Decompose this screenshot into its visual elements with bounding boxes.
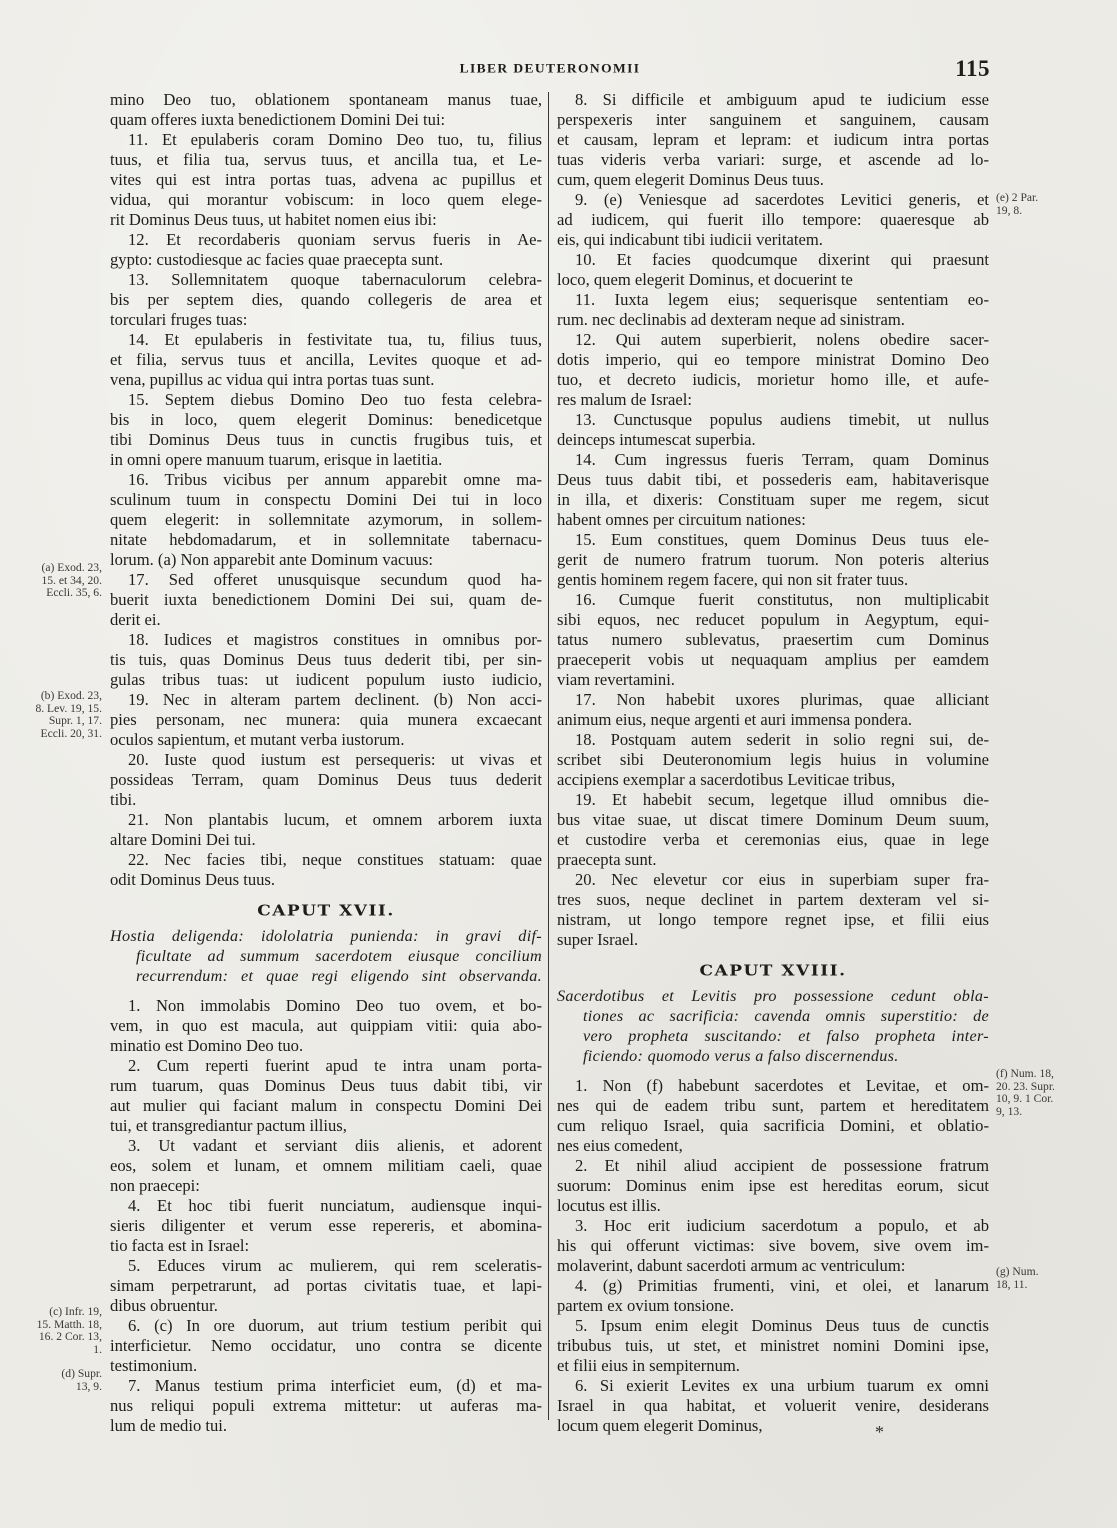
margin-note-line: (a) Exod. 23, — [14, 562, 102, 575]
text-line: bus vitae suae, ut discat timere Dominum… — [557, 810, 989, 830]
text-line: 10. Et facies quodcumque dixerint qui pr… — [557, 250, 989, 270]
text-line: 15. Eum constitues, quem Dominus Deus tu… — [557, 530, 989, 550]
margin-note-c: (c) Infr. 19,15. Matth. 18,16. 2 Cor. 13… — [14, 1306, 102, 1356]
text-line: tuas videris verba variari: surge, et as… — [557, 150, 989, 170]
text-line: praeceperit vobis ut nequaquam amplius p… — [557, 650, 989, 670]
text-line: gulas tribus tuas: ut iudicent populum i… — [110, 670, 542, 690]
signature-mark: * — [875, 1422, 884, 1443]
text-line: simam perpetrarunt, ad portas civitatis … — [110, 1276, 542, 1296]
text-line: 3. Hoc erit iudicium sacerdotum a populo… — [557, 1216, 989, 1236]
text-line: 12. Et recordaberis quoniam servus fueri… — [110, 230, 542, 250]
text-line: et causam, lepram et lepram: et iudicum … — [557, 130, 989, 150]
text-line: 15. Septem diebus Domino Deo tuo festa c… — [110, 390, 542, 410]
text-line: habent omnes per circuitum nationes: — [557, 510, 989, 530]
text-line: altare Domini Dei tui. — [110, 830, 542, 850]
text-line: 20. Iuste quod iustum est persequeris: u… — [110, 750, 542, 770]
text-line: vites qui est intra portas tuas, advena … — [110, 170, 542, 190]
text-line: torculari fruges tuas: — [110, 310, 542, 330]
margin-note-line: (f) Num. 18, — [996, 1068, 1086, 1081]
text-line: nes eius comedent, — [557, 1136, 989, 1156]
text-line: bis in loco, quem elegerit Dominus: bene… — [110, 410, 542, 430]
text-line: minatio est Domino Deo tuo. — [110, 1036, 542, 1056]
column-divider — [548, 92, 549, 1420]
text-line: locum quem elegerit Dominus, — [557, 1416, 989, 1436]
text-line: partem ex ovium tonsione. — [557, 1296, 989, 1316]
text-line: lum de medio tui. — [110, 1416, 542, 1436]
text-line: res malum de Israel: — [557, 390, 989, 410]
right-verses-b: 1. Non (f) habebunt sacerdotes et Levita… — [557, 1076, 989, 1436]
text-line: vidua, qui morantur vobiscum: in loco qu… — [110, 190, 542, 210]
text-line: 5. Ipsum enim elegit Dominus Deus tuus d… — [557, 1316, 989, 1336]
text-line: eos, solem et lunam, et omnem militiam c… — [110, 1156, 542, 1176]
margin-note-f: (f) Num. 18,20. 23. Supr.10, 9. 1 Cor.9,… — [996, 1068, 1086, 1118]
text-line: tuo, et decreto iudicis, morietur homo i… — [557, 370, 989, 390]
text-line: scribet sibi Deuteronomium legis huius i… — [557, 750, 989, 770]
text-line: in omni opere manuum tuarum, erisque in … — [110, 450, 542, 470]
text-line: vena, pupillus ac vidua qui intra portas… — [110, 370, 542, 390]
chapter-summary-xviii: Sacerdotibus et Levitis pro possessione … — [557, 986, 989, 1066]
text-line: tatus numero sublevatus, praesertim cum … — [557, 630, 989, 650]
margin-note-line: Eccli. 35, 6. — [14, 587, 102, 600]
text-line: derit ei. — [110, 610, 542, 630]
text-line: oculos sapientum, et mutant verba iustor… — [110, 730, 542, 750]
text-line: 19. Et habebit secum, legetque illud omn… — [557, 790, 989, 810]
chapter-summary-xvii: Hostia deligenda: idololatria punienda: … — [110, 926, 542, 986]
text-line: gerit de numero fratrum tuorum. Non pote… — [557, 550, 989, 570]
text-line: 4. (g) Primitias frumenti, vini, et olei… — [557, 1276, 989, 1296]
margin-note-a: (a) Exod. 23,15. et 34, 20.Eccli. 35, 6. — [14, 562, 102, 600]
margin-note-g: (g) Num.18, 11. — [996, 1266, 1086, 1291]
text-line: et filii eius in sempiternum. — [557, 1356, 989, 1376]
text-line: 21. Non plantabis lucum, et omnem arbore… — [110, 810, 542, 830]
text-line: 14. Cum ingressus fueris Terram, quam Do… — [557, 450, 989, 470]
margin-note-line: 10, 9. 1 Cor. — [996, 1093, 1086, 1106]
text-line: dotis imperio, qui eo tempore ministrat … — [557, 350, 989, 370]
text-line: nus reliqui populi extrema mittetur: ut … — [110, 1396, 542, 1416]
text-line: 4. Et hoc tibi fuerit nunciatum, audiens… — [110, 1196, 542, 1216]
text-line: 16. Tribus vicibus per annum apparebit o… — [110, 470, 542, 490]
text-line: Deus tuus dabit tibi, et possederis eam,… — [557, 470, 989, 490]
text-line: sieris diligenter et verum esse repereri… — [110, 1216, 542, 1236]
text-line: 22. Nec facies tibi, neque constitues st… — [110, 850, 542, 870]
running-head: LIBER DEUTERONOMII 115 — [110, 58, 990, 82]
text-line: ficiendo: quomodo verus a falso discerne… — [557, 1046, 989, 1066]
text-line: eis, qui indicabunt tibi iudicii veritat… — [557, 230, 989, 250]
margin-note-d: (d) Supr.13, 9. — [14, 1368, 102, 1393]
margin-note-line: 9, 13. — [996, 1106, 1086, 1119]
text-line: super Israel. — [557, 930, 989, 950]
text-line: interficietur. Nemo occidatur, uno contr… — [110, 1336, 542, 1356]
text-line: his qui offerunt victimas: sive bovem, s… — [557, 1236, 989, 1256]
text-line: odit Dominus Deus tuus. — [110, 870, 542, 890]
text-line: tio facta est in Israel: — [110, 1236, 542, 1256]
text-line: et filia, servus tuus et ancilla, Levite… — [110, 350, 542, 370]
text-line: 16. Cumque fuerit constitutus, non multi… — [557, 590, 989, 610]
text-line: 19. Nec in alteram partem declinent. (b)… — [110, 690, 542, 710]
text-line: 13. Cunctusque populus audiens timebit, … — [557, 410, 989, 430]
text-line: molaverint, dabunt sacerdoti armum ac ve… — [557, 1256, 989, 1276]
margin-note-line: (b) Exod. 23, — [14, 690, 102, 703]
text-line: deinceps intumescat superbia. — [557, 430, 989, 450]
text-line: possideas Terram, quam Dominus Deus tuus… — [110, 770, 542, 790]
margin-note-b: (b) Exod. 23,8. Lev. 19, 15.Supr. 1, 17.… — [14, 690, 102, 740]
text-line: tuus, et filia tua, servus tuus, et anci… — [110, 150, 542, 170]
margin-note-line: Eccli. 20, 31. — [14, 728, 102, 741]
text-line: buerit iuxta benedictionem Domini Dei su… — [110, 590, 542, 610]
chapter-heading-xviii: CAPUT XVIII. — [557, 958, 989, 984]
margin-note-line: 19, 8. — [996, 205, 1086, 218]
text-line: 11. Iuxta legem eius; sequerisque senten… — [557, 290, 989, 310]
text-line: vem, in quo est macula, aut quippiam vit… — [110, 1016, 542, 1036]
text-line: nitate hebdomadarum, et in sollemnitate … — [110, 530, 542, 550]
text-line: Israel in qua habitat, et voluerit venir… — [557, 1396, 989, 1416]
text-line: locutus est illis. — [557, 1196, 989, 1216]
margin-note-line: 18, 11. — [996, 1279, 1086, 1292]
text-line: ad iudicem, qui fuerit illo tempore: qua… — [557, 210, 989, 230]
text-line: quem elegerit: in sollemnitate azymorum,… — [110, 510, 542, 530]
left-column: mino Deo tuo, oblationem spontaneam manu… — [110, 90, 542, 1436]
text-line: 2. Et nihil aliud accipient de possessio… — [557, 1156, 989, 1176]
margin-note-line: Supr. 1, 17. — [14, 715, 102, 728]
text-line: rum. nec declinabis ad dexteram neque ad… — [557, 310, 989, 330]
text-line: 1. Non (f) habebunt sacerdotes et Levita… — [557, 1076, 989, 1096]
text-line: gentis hominem regem facere, qui non sit… — [557, 570, 989, 590]
text-line: cum, quem elegerit Dominus Deus tuus. — [557, 170, 989, 190]
margin-note-line: 13, 9. — [14, 1381, 102, 1394]
text-line: 18. Iudices et magistros constitues in o… — [110, 630, 542, 650]
text-line: 5. Educes virum ac mulierem, qui rem sce… — [110, 1256, 542, 1276]
text-line: dibus obruentur. — [110, 1296, 542, 1316]
margin-note-e: (e) 2 Par.19, 8. — [996, 192, 1086, 217]
margin-note-line: (e) 2 Par. — [996, 192, 1086, 205]
margin-note-line: 1. — [14, 1344, 102, 1357]
text-line: perspexeris inter sanguinem et sanguinem… — [557, 110, 989, 130]
text-line: 6. (c) In ore duorum, aut trium testium … — [110, 1316, 542, 1336]
text-line: lorum. (a) Non apparebit ante Dominum va… — [110, 550, 542, 570]
text-line: 17. Sed offeret unusquisque secundum quo… — [110, 570, 542, 590]
text-line: cum reliquo Israel, quia sacrificia Domi… — [557, 1116, 989, 1136]
text-line: praecepta sunt. — [557, 850, 989, 870]
text-line: ficultate ad summum sacerdotem eiusque c… — [110, 946, 542, 966]
margin-note-line: (g) Num. — [996, 1266, 1086, 1279]
text-line: 6. Si exierit Levites ex una urbium tuar… — [557, 1376, 989, 1396]
text-line: aut mulier qui faciant malum in conspect… — [110, 1096, 542, 1116]
margin-note-line: (c) Infr. 19, — [14, 1306, 102, 1319]
text-line: 1. Non immolabis Domino Deo tuo ovem, et… — [110, 996, 542, 1016]
text-line: tiones ac sacrificia: cavenda omnis supe… — [557, 1006, 989, 1026]
text-line: in illa, et dixeris: Constituam super me… — [557, 490, 989, 510]
text-line: 11. Et epulaberis coram Domino Deo tuo, … — [110, 130, 542, 150]
text-line: sculinum tuum in conspectu Domini Dei tu… — [110, 490, 542, 510]
text-line: gypto: custodiesque ac facies quae praec… — [110, 250, 542, 270]
text-line: 12. Qui autem superbierit, nolens obedir… — [557, 330, 989, 350]
text-line: rum tuarum, quas Dominus Deus tuus dabit… — [110, 1076, 542, 1096]
margin-note-line: (d) Supr. — [14, 1368, 102, 1381]
text-line: nistram, ut longo tempore regnet ipse, e… — [557, 910, 989, 930]
text-line: recurrendum: et quae regi eligendo sint … — [110, 966, 542, 986]
text-line: 18. Postquam autem sederit in solio regn… — [557, 730, 989, 750]
text-line: nes qui de eadem tribu sunt, partem et h… — [557, 1096, 989, 1116]
text-line: tibi Dominus Deus tuus in cunctis frugib… — [110, 430, 542, 450]
left-verses-b: 1. Non immolabis Domino Deo tuo ovem, et… — [110, 996, 542, 1436]
text-line: 7. Manus testium prima interficiet eum, … — [110, 1376, 542, 1396]
text-line: viam revertamini. — [557, 670, 989, 690]
right-column: 8. Si difficile et ambiguum apud te iudi… — [557, 90, 989, 1436]
text-line: bis per septem dies, quando collegeris d… — [110, 290, 542, 310]
text-line: 17. Non habebit uxores plurimas, quae al… — [557, 690, 989, 710]
text-line: loco, quem elegerit Dominus, et docuerin… — [557, 270, 989, 290]
text-line: tis tuis, quas Dominus Deus tuus dederit… — [110, 650, 542, 670]
text-line: tribubus tuis, ut stet, et ministret nom… — [557, 1336, 989, 1356]
text-line: pies personam, nec munera: quia munera e… — [110, 710, 542, 730]
text-line: 3. Ut vadant et serviant diis alienis, e… — [110, 1136, 542, 1156]
text-line: 8. Si difficile et ambiguum apud te iudi… — [557, 90, 989, 110]
text-line: mino Deo tuo, oblationem spontaneam manu… — [110, 90, 542, 110]
text-line: animum eius, neque argenti et auri immen… — [557, 710, 989, 730]
text-line: 14. Et epulaberis in festivitate tua, tu… — [110, 330, 542, 350]
text-line: Sacerdotibus et Levitis pro possessione … — [557, 986, 989, 1006]
text-line: et custodire verba et ceremonias eius, q… — [557, 830, 989, 850]
text-line: 13. Sollemnitatem quoque tabernaculorum … — [110, 270, 542, 290]
text-line: suorum: Dominus enim ipse est hereditas … — [557, 1176, 989, 1196]
text-line: 2. Cum reperti fuerint apud te intra una… — [110, 1056, 542, 1076]
chapter-heading-xvii: CAPUT XVII. — [110, 898, 542, 924]
text-line: tui, et transgrediantur pactum illius, — [110, 1116, 542, 1136]
left-verses-a: mino Deo tuo, oblationem spontaneam manu… — [110, 90, 542, 890]
text-line: tibi. — [110, 790, 542, 810]
text-line: rit Dominus Deus tuus, ut habitet nomen … — [110, 210, 542, 230]
text-line: Hostia deligenda: idololatria punienda: … — [110, 926, 542, 946]
text-line: non praecepi: — [110, 1176, 542, 1196]
text-line: quam offeres iuxta benedictionem Domini … — [110, 110, 542, 130]
margin-note-line: 16. 2 Cor. 13, — [14, 1331, 102, 1344]
text-line: tres suos, neque declinet in partem dext… — [557, 890, 989, 910]
running-title: LIBER DEUTERONOMII — [110, 62, 990, 76]
text-line: vero propheta suscitando: et falso proph… — [557, 1026, 989, 1046]
right-verses-a: 8. Si difficile et ambiguum apud te iudi… — [557, 90, 989, 950]
text-line: 20. Nec elevetur cor eius in superbiam s… — [557, 870, 989, 890]
page-number: 115 — [955, 56, 990, 82]
text-line: sibi equos, nec reducet populum in Aegyp… — [557, 610, 989, 630]
text-line: 9. (e) Veniesque ad sacerdotes Levitici … — [557, 190, 989, 210]
text-line: accipiens exemplar a sacerdotibus Leviti… — [557, 770, 989, 790]
text-line: testimonium. — [110, 1356, 542, 1376]
